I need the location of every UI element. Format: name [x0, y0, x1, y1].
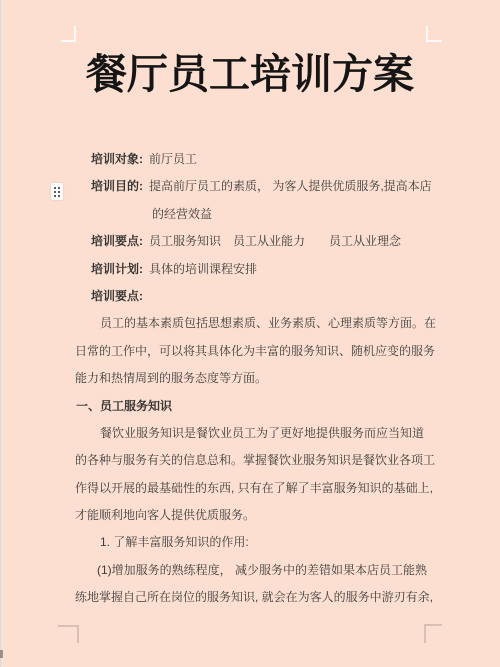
text-line: 作得以开展的最基础性的东西, 只有在了解了丰富服务知识的基础上,: [75, 475, 500, 502]
text-line: 培训计划:具体的培训课程安排: [75, 256, 500, 283]
text-line: 培训对象:前厅员工: [75, 146, 500, 173]
line-label: 培训对象:: [91, 152, 143, 166]
line-text: 作得以开展的最基础性的东西, 只有在了解了丰富服务知识的基础上,: [75, 481, 433, 495]
text-line: 能力和热情周到的服务态度等方面。: [75, 365, 500, 392]
line-label: 培训要点:: [91, 234, 143, 248]
line-text: 的各种与服务有关的信息总和。掌握餐饮业服务知识是餐饮业各项工: [75, 453, 435, 467]
text-line: 培训要点:: [75, 283, 500, 310]
line-text: 日常的工作中，可以将其具体化为丰富的服务知识、随机应变的服务: [75, 344, 435, 358]
line-text: 前厅员工: [149, 152, 197, 166]
line-label: 培训要点:: [91, 289, 143, 303]
text-line: 培训目的:提高前厅员工的素质， 为客人提供优质服务,提高本店: [75, 173, 500, 200]
line-text: 餐饮业服务知识是餐饮业员工为了更好地提供服务而应当知道: [100, 426, 424, 440]
text-boundary-corner-top-right-icon: [426, 26, 442, 42]
text-line: 的各种与服务有关的信息总和。掌握餐饮业服务知识是餐饮业各项工: [75, 447, 500, 474]
line-text: 具体的培训课程安排: [149, 262, 257, 276]
line-text: 提高前厅员工的素质， 为客人提供优质服务,提高本店: [149, 179, 432, 193]
page-title: 餐厅员工培训方案: [0, 52, 500, 97]
document-page: 餐厅员工培训方案 培训对象:前厅员工培训目的:提高前厅员工的素质， 为客人提供优…: [0, 0, 500, 667]
text-line: 员工的基本素质包括思想素质、业务素质、心理素质等方面。在: [75, 310, 500, 337]
text-line: 日常的工作中，可以将其具体化为丰富的服务知识、随机应变的服务: [75, 338, 500, 365]
line-text: 员工服务知识 员工从业能力 员工从业理念: [149, 234, 401, 248]
line-text: 一、员工服务知识: [76, 399, 172, 413]
line-label: 培训计划:: [91, 262, 143, 276]
text-boundary-corner-bottom-left-icon: [58, 625, 79, 643]
line-text: (1)增加服务的熟练程度， 减少服务中的差错如果本店员工能熟: [97, 563, 427, 577]
text-line: 培训要点:员工服务知识 员工从业能力 员工从业理念: [75, 228, 500, 255]
line-text: 能力和热情周到的服务态度等方面。: [75, 371, 267, 385]
text-line: (1)增加服务的熟练程度， 减少服务中的差错如果本店员工能熟: [75, 557, 500, 584]
line-text: 1. 了解丰富服务知识的作用:: [100, 535, 249, 549]
line-text: 的经营效益: [152, 207, 212, 221]
text-boundary-corner-top-left-icon: [61, 26, 76, 42]
document-body: 培训对象:前厅员工培训目的:提高前厅员工的素质， 为客人提供优质服务,提高本店的…: [0, 146, 500, 612]
text-line: 的经营效益: [75, 201, 500, 228]
text-line: 1. 了解丰富服务知识的作用:: [75, 529, 500, 556]
line-text: 练地掌握自己所在岗位的服务知识, 就会在为客人的服务中游刃有余,: [75, 590, 433, 604]
line-text: 才能顺利地向客人提供优质服务。: [75, 508, 255, 522]
text-boundary-corner-bottom-right-icon: [424, 624, 442, 643]
line-text: 员工的基本素质包括思想素质、业务素质、心理素质等方面。在: [100, 316, 436, 330]
text-line: 餐饮业服务知识是餐饮业员工为了更好地提供服务而应当知道: [75, 420, 500, 447]
text-line: 才能顺利地向客人提供优质服务。: [75, 502, 500, 529]
text-line: 一、员工服务知识: [75, 393, 500, 420]
text-line: 练地掌握自己所在岗位的服务知识, 就会在为客人的服务中游刃有余,: [75, 584, 500, 611]
edge-artifact: [0, 650, 3, 658]
line-label: 培训目的:: [91, 179, 143, 193]
